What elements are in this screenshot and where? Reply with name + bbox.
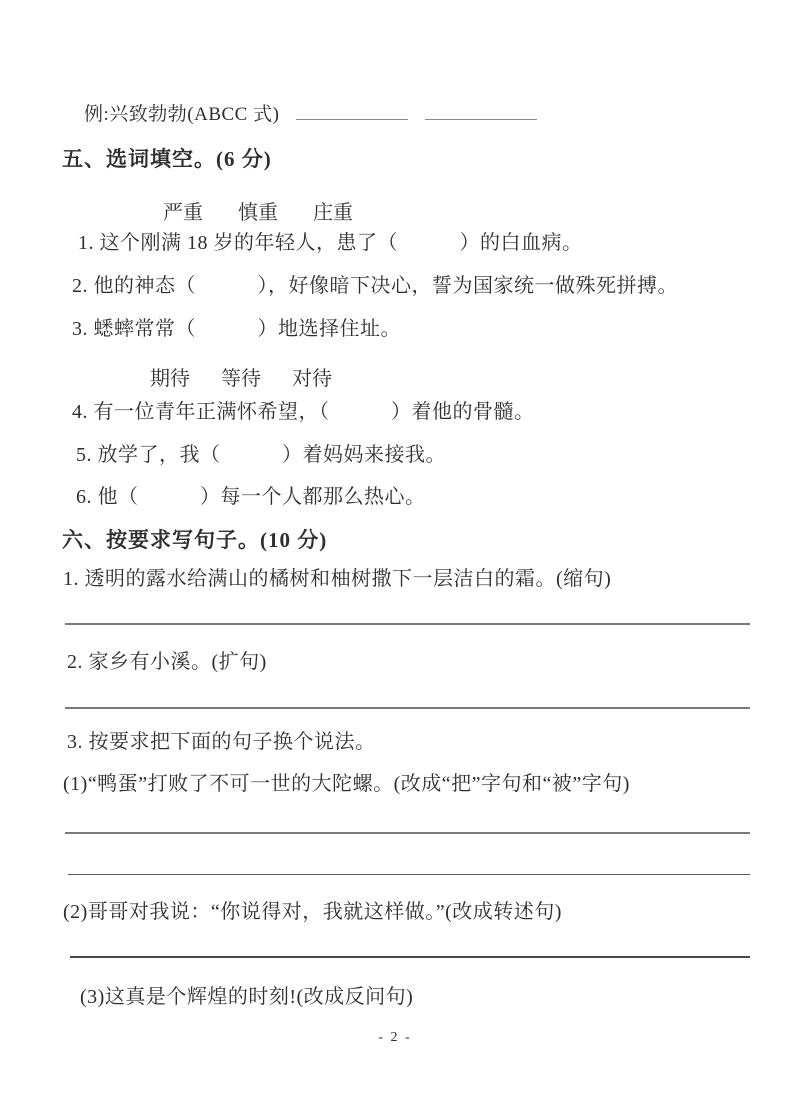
answer-line-1 xyxy=(65,623,750,625)
section6-sub-item-3: (3)这真是个辉煌的时刻!(改成反问句) xyxy=(80,985,413,1010)
section6-heading: 六、按要求写句子。(10 分) xyxy=(62,527,327,553)
word-bank-2-word-2: 等待 xyxy=(221,362,261,391)
word-bank-1-word-1: 严重 xyxy=(163,196,203,225)
fill-blank-2 xyxy=(425,103,537,120)
page-number: - 2 - xyxy=(0,1030,790,1046)
question-item-3: 3. 蟋蟀常常（ ）地选择住址。 xyxy=(72,317,401,342)
word-bank-2-word-3: 对待 xyxy=(292,362,332,391)
word-bank-1-word-2: 慎重 xyxy=(238,196,278,225)
section6-item-3: 3. 按要求把下面的句子换个说法。 xyxy=(67,730,376,755)
answer-line-4 xyxy=(68,874,750,875)
example-line: 例:兴致勃勃(ABCC 式) xyxy=(84,103,537,127)
word-bank-2: 期待 等待 对待 xyxy=(150,362,358,391)
section6-sub-item-2: (2)哥哥对我说：“你说得对，我就这样做。”(改成转述句) xyxy=(63,900,562,925)
question-item-2: 2. 他的神态（ ），好像暗下决心，誓为国家统一做殊死拼搏。 xyxy=(72,274,678,299)
section5-heading: 五、选词填空。(6 分) xyxy=(62,146,272,172)
word-bank-1: 严重 慎重 庄重 xyxy=(163,196,383,225)
example-text: 例:兴致勃勃(ABCC 式) xyxy=(84,104,279,125)
question-item-6: 6. 他（ ）每一个人都那么热心。 xyxy=(76,485,426,510)
word-bank-2-word-1: 期待 xyxy=(150,362,190,391)
section6-item-2: 2. 家乡有小溪。(扩句) xyxy=(67,650,267,675)
answer-line-2 xyxy=(65,707,750,709)
fill-blank-1 xyxy=(296,103,408,120)
section6-item-1: 1. 透明的露水给满山的橘树和柚树撒下一层洁白的霜。(缩句) xyxy=(63,567,611,592)
question-item-5: 5. 放学了，我（ ）着妈妈来接我。 xyxy=(76,443,446,468)
answer-line-3 xyxy=(65,832,750,834)
word-bank-1-word-3: 庄重 xyxy=(313,196,353,225)
question-item-4: 4. 有一位青年正满怀希望，（ ）着他的骨髓。 xyxy=(72,400,535,425)
section6-sub-item-1: (1)“鸭蛋”打败了不可一世的大陀螺。(改成“把”字句和“被”字句) xyxy=(63,772,630,797)
exam-paper-page: 例:兴致勃勃(ABCC 式) 五、选词填空。(6 分) 严重 慎重 庄重 1. … xyxy=(0,0,790,1118)
answer-line-5 xyxy=(70,956,750,958)
question-item-1: 1. 这个刚满 18 岁的年轻人，患了（ ）的白血病。 xyxy=(78,231,583,256)
